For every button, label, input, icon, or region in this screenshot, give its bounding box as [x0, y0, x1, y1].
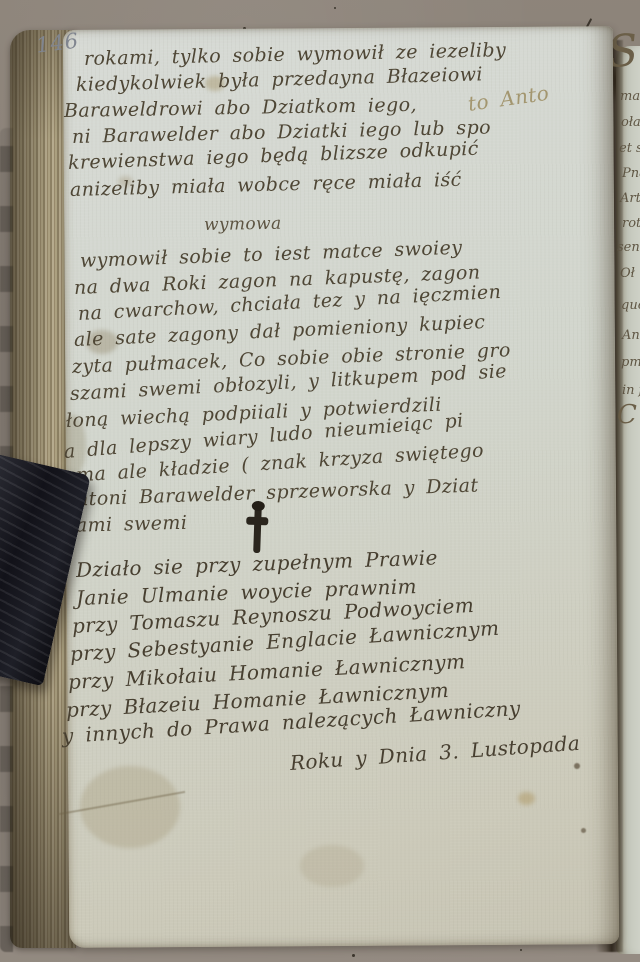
recto-text-fragment: et sp — [619, 142, 640, 155]
table-speck — [520, 949, 522, 951]
recto-text-fragment: pm — [621, 356, 640, 369]
cross-top-blob — [252, 501, 265, 511]
cross-bar-horizontal — [246, 517, 268, 526]
recto-text-fragment: in f — [622, 384, 640, 397]
recto-text-fragment: sent — [617, 241, 640, 254]
table-speck — [334, 7, 336, 9]
recto-text-fragment: quo — [621, 299, 640, 312]
recto-text-fragment: Art — [620, 192, 640, 205]
recto-text-fragment: An — [622, 329, 640, 342]
recto-text-fragment: rot — [622, 217, 640, 230]
recto-text-fragment: ołar — [621, 116, 640, 129]
recto-text-fragment: Oł — [620, 267, 635, 280]
pencil-page-number: 146 — [35, 30, 80, 56]
recto-text-fragment: ma. — [620, 90, 640, 103]
table-speck — [352, 954, 355, 957]
paper-stain — [518, 792, 535, 805]
text-line: kami swemi — [64, 514, 188, 536]
cross-mark-icon — [245, 503, 269, 556]
fox-spot — [581, 828, 586, 833]
recto-text-fragment: Pna — [622, 167, 640, 180]
paper-stain — [300, 845, 364, 887]
manuscript-photo: S ma. ołar et sp Pna Art rot sent Oł quo… — [0, 0, 640, 962]
section-heading: wymowa — [204, 216, 282, 234]
fox-spot — [574, 763, 580, 769]
recto-text-fragment: C — [617, 402, 637, 428]
